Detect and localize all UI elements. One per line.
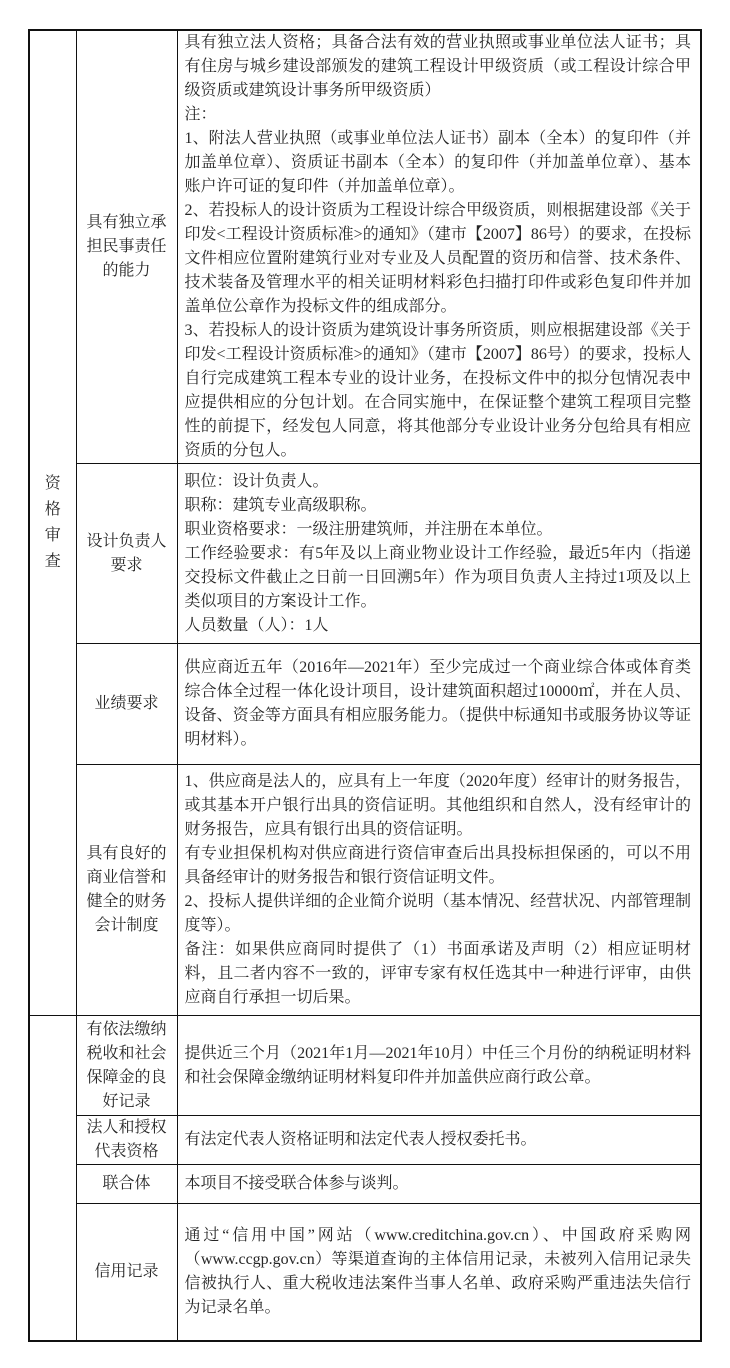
row-label-performance: 业绩要求 — [76, 644, 177, 765]
row-label-tax-social-security: 有依法缴纳税收和社会保障金的良好记录 — [76, 1016, 177, 1116]
qualification-review-table: 资格审查 具有独立承担民事责任的能力 具有独立法人资格；具备合法有效的营业执照或… — [28, 29, 702, 1342]
row-label-legal-representative: 法人和授权代表资格 — [76, 1116, 177, 1165]
row-content-consortium: 本项目不接受联合体参与谈判。 — [177, 1165, 701, 1204]
table-row: 资格审查 具有独立承担民事责任的能力 具有独立法人资格；具备合法有效的营业执照或… — [29, 30, 701, 464]
row-label-consortium: 联合体 — [76, 1165, 177, 1204]
table-row: 具有良好的商业信誉和健全的财务会计制度 1、供应商是法人的，应具有上一年度（20… — [29, 765, 701, 1016]
row-label-credit-record: 信用记录 — [76, 1204, 177, 1341]
row-label-design-lead: 设计负责人要求 — [76, 464, 177, 644]
table-row: 设计负责人要求 职位：设计负责人。 职称：建筑专业高级职称。 职业资格要求：一级… — [29, 464, 701, 644]
row-content-credit-record: 通过“信用中国”网站（www.creditchina.gov.cn）、中国政府采… — [177, 1204, 701, 1341]
row-content-credit-finance: 1、供应商是法人的，应具有上一年度（2020年度）经审计的财务报告，或其基本开户… — [177, 765, 701, 1016]
row-content-civil-liability: 具有独立法人资格；具备合法有效的营业执照或事业单位法人证书；具有住房与城乡建设部… — [177, 30, 701, 464]
row-label-credit-finance: 具有良好的商业信誉和健全的财务会计制度 — [76, 765, 177, 1016]
side-cell-empty — [29, 1016, 76, 1341]
row-content-design-lead: 职位：设计负责人。 职称：建筑专业高级职称。 职业资格要求：一级注册建筑师，并注… — [177, 464, 701, 644]
row-content-tax-social-security: 提供近三个月（2021年1月—2021年10月）中任三个月份的纳税证明材料和社会… — [177, 1016, 701, 1116]
table-row: 联合体 本项目不接受联合体参与谈判。 — [29, 1165, 701, 1204]
qualification-review-vertical-label: 资格审查 — [45, 471, 61, 575]
table-row: 有依法缴纳税收和社会保障金的良好记录 提供近三个月（2021年1月—2021年1… — [29, 1016, 701, 1116]
table-row: 法人和授权代表资格 有法定代表人资格证明和法定代表人授权委托书。 — [29, 1116, 701, 1165]
row-content-legal-representative: 有法定代表人资格证明和法定代表人授权委托书。 — [177, 1116, 701, 1165]
table-row: 业绩要求 供应商近五年（2016年—2021年）至少完成过一个商业综合体或体育类… — [29, 644, 701, 765]
row-content-performance: 供应商近五年（2016年—2021年）至少完成过一个商业综合体或体育类综合体全过… — [177, 644, 701, 765]
qualification-review-side-cell: 资格审查 — [29, 30, 76, 1016]
table-row: 信用记录 通过“信用中国”网站（www.creditchina.gov.cn）、… — [29, 1204, 701, 1341]
document-page: 资格审查 具有独立承担民事责任的能力 具有独立法人资格；具备合法有效的营业执照或… — [0, 0, 730, 1368]
row-label-civil-liability: 具有独立承担民事责任的能力 — [76, 30, 177, 464]
